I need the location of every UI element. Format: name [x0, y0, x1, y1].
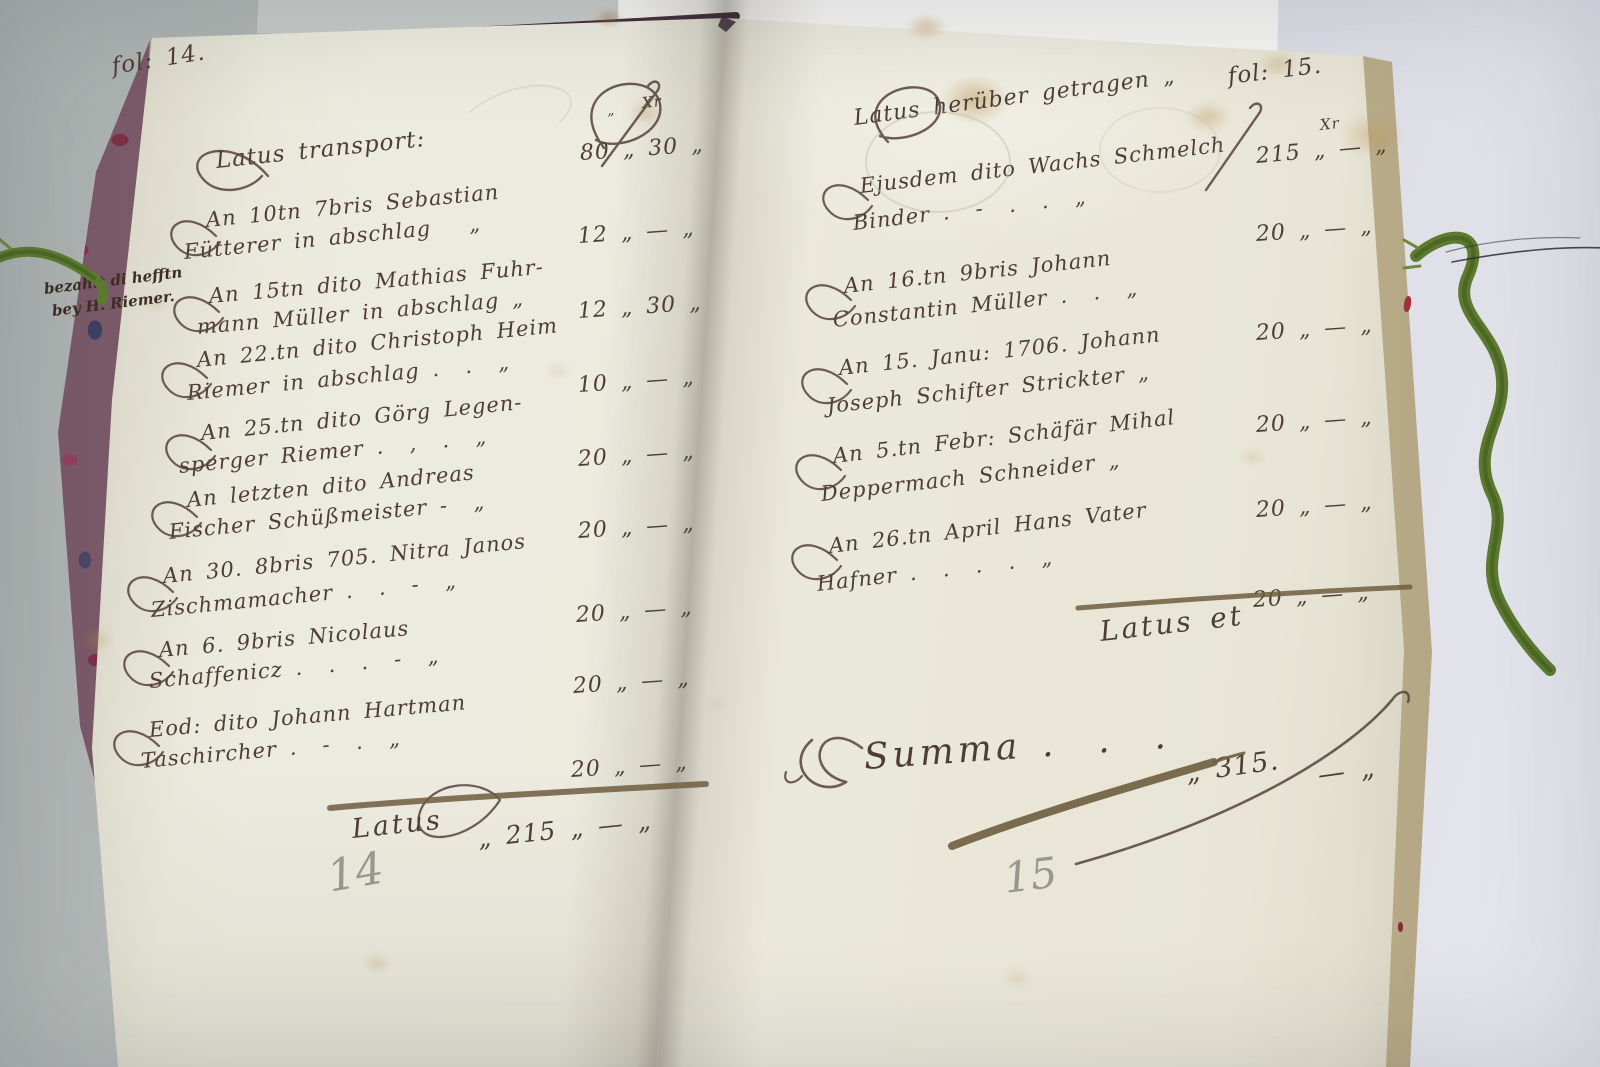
photo-of-open-ledger: fol: 14. Xr „ Latus transport: 80 „ 30 „…: [0, 0, 1600, 1067]
photo-vignette: [0, 0, 1600, 1067]
